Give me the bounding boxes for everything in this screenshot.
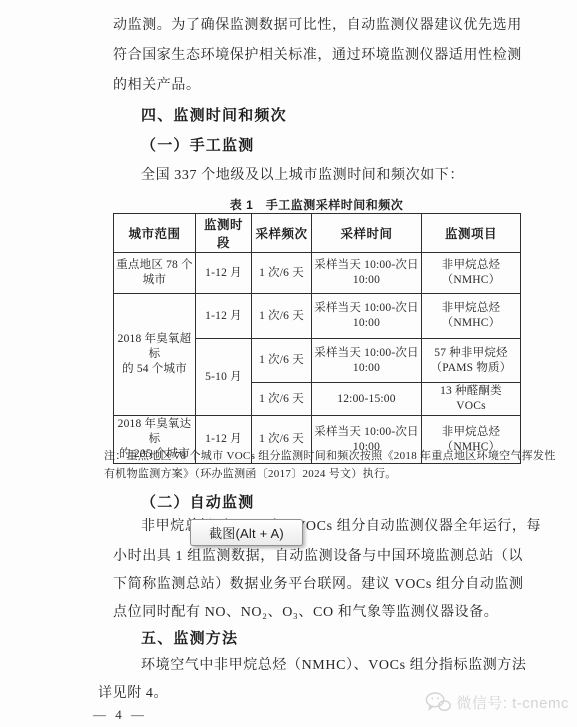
body-line: 小时出具 1 组监测数据，自动监测设备与中国环境监测总站（以 <box>113 547 523 567</box>
col-header-frequency: 采样频次 <box>252 214 312 253</box>
body-line: 点位同时配有 NO、NO₂、O₃、CO 和气象等监测仪器设备。 <box>113 603 498 623</box>
cell-frequency: 1 次/6 天 <box>252 294 312 339</box>
table-note-line: 有机物监测方案》（环办监测函〔2017〕2024 号文）执行。 <box>104 466 528 482</box>
table-row: 2018 年臭氧超标 的 54 个城市 1-12 月 1 次/6 天 采样当天 … <box>114 294 521 339</box>
cell-scope: 重点地区 78 个 城市 <box>114 253 196 294</box>
cell-time: 采样当天 10:00-次日 10:00 <box>312 253 422 294</box>
cell-time: 采样当天 10:00-次日 10:00 <box>312 339 422 383</box>
body-line: 详见附 4。 <box>98 684 168 704</box>
col-header-city-scope: 城市范围 <box>114 214 196 253</box>
page-number: — 4 — <box>93 707 147 723</box>
cell-scope: 2018 年臭氧超标 的 54 个城市 <box>114 294 196 416</box>
table-note-line: 注：重点地区 78 个城市 VOCs 组分监测时间和频次按照《2018 年重点地… <box>104 448 528 464</box>
document-page: 动监测。为了确保监测数据可比性，自动监测仪器建议优先选用 符合国家生态环境保护相… <box>0 0 577 727</box>
table-header-row: 城市范围 监测时段 采样频次 采样时间 监测项目 <box>114 214 521 253</box>
wechat-icon <box>425 691 451 713</box>
cell-period: 1-12 月 <box>196 253 252 294</box>
table-row: 重点地区 78 个 城市 1-12 月 1 次/6 天 采样当天 10:00-次… <box>114 253 521 294</box>
cell-frequency: 1 次/6 天 <box>252 383 312 416</box>
body-line: 符合国家生态环境保护相关标准，通过环境监测仪器适用性检测 <box>113 46 522 66</box>
col-header-sampling-time: 采样时间 <box>312 214 422 253</box>
watermark: 微信号: t-cnemc <box>425 691 569 713</box>
cell-item: 57 种非甲烷烃 （PAMS 物质） <box>422 339 521 383</box>
body-line: 全国 337 个地级及以上城市监测时间和频次如下： <box>141 166 464 186</box>
body-line: 动监测。为了确保监测数据可比性，自动监测仪器建议优先选用 <box>113 16 522 36</box>
cell-item: 13 种醛酮类 VOCs <box>422 383 521 416</box>
cell-period: 1-12 月 <box>196 294 252 339</box>
sampling-table: 城市范围 监测时段 采样频次 采样时间 监测项目 重点地区 78 个 城市 1-… <box>113 213 521 464</box>
cell-period: 5-10 月 <box>196 339 252 416</box>
cell-time: 12:00-15:00 <box>312 383 422 416</box>
cell-frequency: 1 次/6 天 <box>252 339 312 383</box>
body-line: 环境空气中非甲烷总烃（NMHC）、VOCs 组分指标监测方法 <box>141 656 527 676</box>
section-heading-4-1: （一）手工监测 <box>141 136 254 156</box>
body-line: 的相关产品。 <box>113 76 201 96</box>
screenshot-tooltip: 截图(Alt + A) <box>190 519 303 546</box>
body-line: 下简称监测总站）数据业务平台联网。建议 VOCs 组分自动监测 <box>113 575 524 595</box>
cell-time: 采样当天 10:00-次日 10:00 <box>312 294 422 339</box>
section-heading-4-2: （二）自动监测 <box>141 493 254 513</box>
cell-item: 非甲烷总烃（NMHC） <box>422 253 521 294</box>
section-heading-5: 五、监测方法 <box>141 629 238 649</box>
col-header-period: 监测时段 <box>196 214 252 253</box>
cell-item: 非甲烷总烃（NMHC） <box>422 294 521 339</box>
section-heading-4: 四、监测时间和频次 <box>141 106 287 126</box>
watermark-text: 微信号: t-cnemc <box>456 692 569 713</box>
col-header-items: 监测项目 <box>422 214 521 253</box>
table-caption: 表 1 手工监测采样时间和频次 <box>113 196 520 213</box>
cell-frequency: 1 次/6 天 <box>252 253 312 294</box>
